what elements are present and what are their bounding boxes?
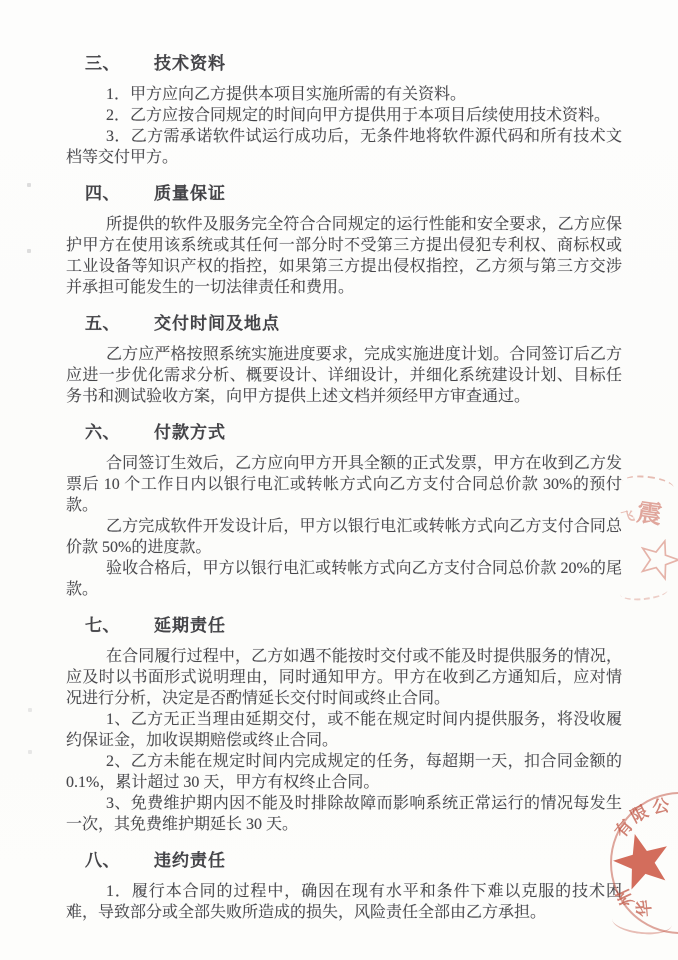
section-heading: 六、付款方式 — [85, 421, 622, 444]
section-heading: 七、延期责任 — [85, 614, 622, 637]
clause-paragraph: 验收合格后，甲方以银行电汇或转帐方式向乙方支付合同总价款 20%的尾款。 — [66, 558, 622, 600]
section-number: 七、 — [85, 616, 120, 635]
seal-character: 华 — [629, 899, 655, 918]
seal-arc — [619, 582, 668, 603]
clause-paragraph: 所提供的软件及服务完全符合合同规定的运行性能和安全要求，乙方应保护甲方在使用该系… — [66, 214, 622, 298]
section-number: 三、 — [85, 54, 120, 73]
section-heading: 八、违约责任 — [85, 849, 622, 872]
section-title: 付款方式 — [154, 423, 226, 442]
clause-paragraph: 3、免费维护期内因不能及时排除故障而影响系统正常运行的情况每发生一次，其免费维护… — [66, 793, 622, 835]
clause-paragraph: 1．履行本合同的过程中，确因在现有水平和条件下难以克服的技术困难，导致部分或全部… — [66, 881, 622, 923]
clause-paragraph: 1、乙方无正当理由延期交付，或不能在规定时间内提供服务，将没收履约保证金，加收误… — [66, 709, 622, 751]
clause-paragraph: 3．乙方需承诺软件试运行成功后，无条件地将软件源代码和所有技术文档等交付甲方。 — [66, 126, 622, 168]
contract-body: 三、技术资料 1．甲方应向乙方提供本项目实施所需的有关资料。 2．乙方应按合同规… — [66, 52, 622, 923]
section-title: 质量保证 — [154, 184, 226, 203]
scan-speck — [27, 183, 31, 187]
seal-character: 震 — [635, 492, 665, 531]
seal-character: 公 — [650, 791, 670, 818]
section-title: 延期责任 — [154, 616, 226, 635]
section-title: 交付时间及地点 — [154, 314, 280, 333]
seal-arc — [621, 473, 675, 497]
scan-speck — [28, 750, 32, 754]
section-number: 六、 — [85, 423, 120, 442]
clause-paragraph: 2．乙方应按合同规定的时间向甲方提供用于本项目后续使用技术资料。 — [66, 105, 622, 126]
section-heading: 四、质量保证 — [85, 182, 622, 205]
section-technical-materials: 三、技术资料 1．甲方应向乙方提供本项目实施所需的有关资料。 2．乙方应按合同规… — [66, 52, 622, 168]
section-title: 违约责任 — [154, 851, 226, 870]
section-number: 八、 — [85, 851, 120, 870]
section-quality-assurance: 四、质量保证 所提供的软件及服务完全符合合同规定的运行性能和安全要求，乙方应保护… — [66, 182, 622, 298]
scanned-contract-page: 三、技术资料 1．甲方应向乙方提供本项目实施所需的有关资料。 2．乙方应按合同规… — [0, 0, 678, 960]
section-heading: 三、技术资料 — [85, 52, 622, 75]
section-delivery-time-location: 五、交付时间及地点 乙方应严格按照系统实施进度要求，完成实施进度计划。合同签订后… — [66, 312, 622, 407]
clause-paragraph: 合同签订生效后，乙方应向甲方开具全额的正式发票，甲方在收到乙方发票后 10 个工… — [66, 453, 622, 516]
section-payment-terms: 六、付款方式 合同签订生效后，乙方应向甲方开具全额的正式发票，甲方在收到乙方发票… — [66, 421, 622, 600]
clause-paragraph: 乙方应严格按照系统实施进度要求，完成实施进度计划。合同签订后乙方应进一步优化需求… — [66, 344, 622, 407]
seal-fragment-faint: 飞 震 — [620, 468, 678, 608]
seal-character: 限 — [625, 797, 652, 827]
section-delay-liability: 七、延期责任 在合同履行过程中，乙方如遇不能按时交付或不能及时提供服务的情况，应… — [66, 614, 622, 835]
clause-paragraph: 2、乙方未能在规定时间内完成规定的任务，每超期一天，扣合同金额的 0.1%，累计… — [66, 751, 622, 793]
section-breach-liability: 八、违约责任 1．履行本合同的过程中，确因在现有水平和条件下难以克服的技术困难，… — [66, 849, 622, 923]
clause-paragraph: 乙方完成软件开发设计后，甲方以银行电汇或转帐方式向乙方支付合同总价款 50%的进… — [66, 516, 622, 558]
clause-paragraph: 在合同履行过程中，乙方如遇不能按时交付或不能及时提供服务的情况，应及时以书面形式… — [66, 646, 622, 709]
section-title: 技术资料 — [154, 54, 226, 73]
scan-speck — [28, 708, 32, 712]
section-heading: 五、交付时间及地点 — [85, 312, 622, 335]
scan-speck — [27, 249, 31, 253]
clause-paragraph: 1．甲方应向乙方提供本项目实施所需的有关资料。 — [66, 84, 622, 105]
star-outline-icon — [633, 533, 678, 586]
section-number: 五、 — [85, 314, 120, 333]
section-number: 四、 — [85, 184, 120, 203]
